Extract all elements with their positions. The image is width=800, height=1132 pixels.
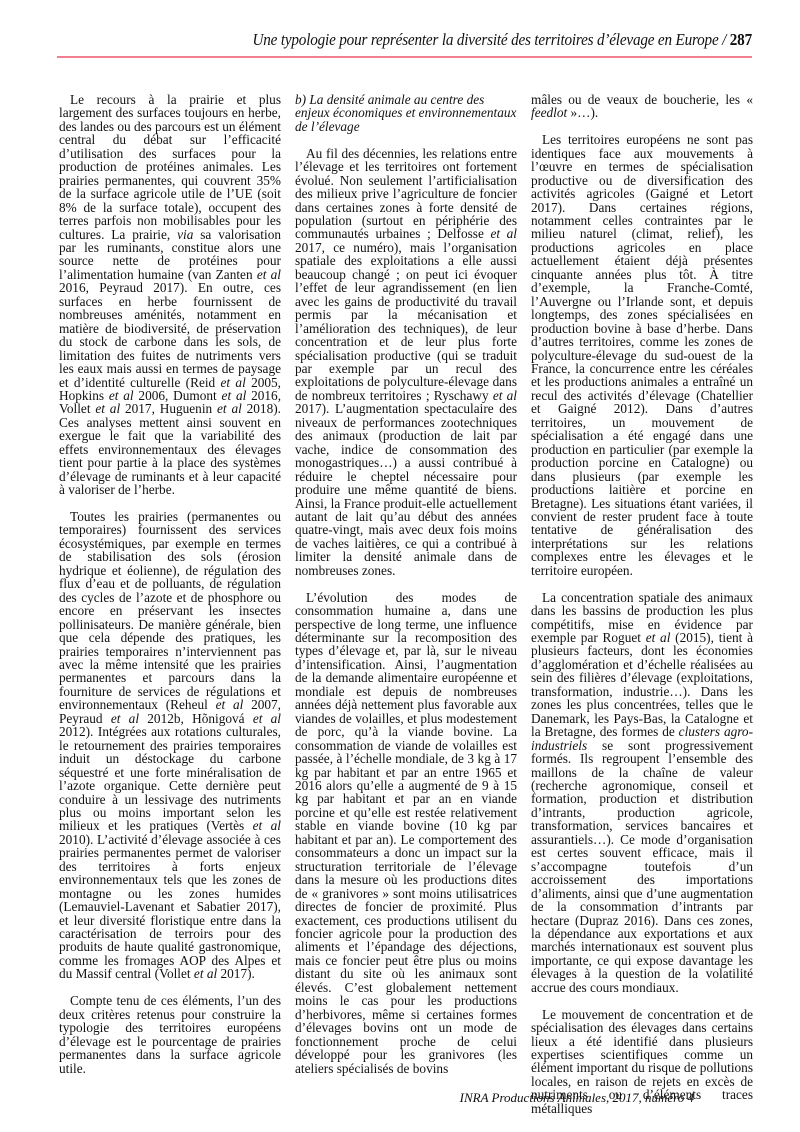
- journal-citation: INRA Productions Animales, 2017, numéro …: [460, 1090, 694, 1106]
- paragraph: Le recours à la prairie et plus largemen…: [59, 93, 281, 497]
- column-2: b) La densité animale au centre des enje…: [295, 93, 517, 1053]
- running-header-title: Une typologie pour représenter la divers…: [252, 30, 729, 49]
- paragraph-continued: mâles ou de veaux de boucherie, les « fe…: [531, 93, 753, 120]
- article-body: Le recours à la prairie et plus largemen…: [59, 93, 753, 1053]
- column-1: Le recours à la prairie et plus largemen…: [59, 93, 281, 1053]
- paragraph: La concentration spatiale des animaux da…: [531, 591, 753, 995]
- paragraph: Toutes les prairies (permanentes ou temp…: [59, 510, 281, 981]
- paragraph: Compte tenu de ces éléments, l’un des de…: [59, 994, 281, 1075]
- header-rule: [57, 56, 752, 58]
- page-number: 287: [730, 30, 752, 49]
- section-heading: b) La densité animale au centre des enje…: [295, 93, 517, 133]
- running-header: Une typologie pour représenter la divers…: [113, 30, 752, 50]
- paragraph: L’évolution des modes de consommation hu…: [295, 591, 517, 1075]
- column-3: mâles ou de veaux de boucherie, les « fe…: [531, 93, 753, 1053]
- journal-footer: INRA Productions Animales, 2017, numéro …: [0, 1090, 752, 1106]
- paragraph: Au fil des décennies, les relations entr…: [295, 147, 517, 578]
- paragraph: Les territoires européens ne sont pas id…: [531, 133, 753, 577]
